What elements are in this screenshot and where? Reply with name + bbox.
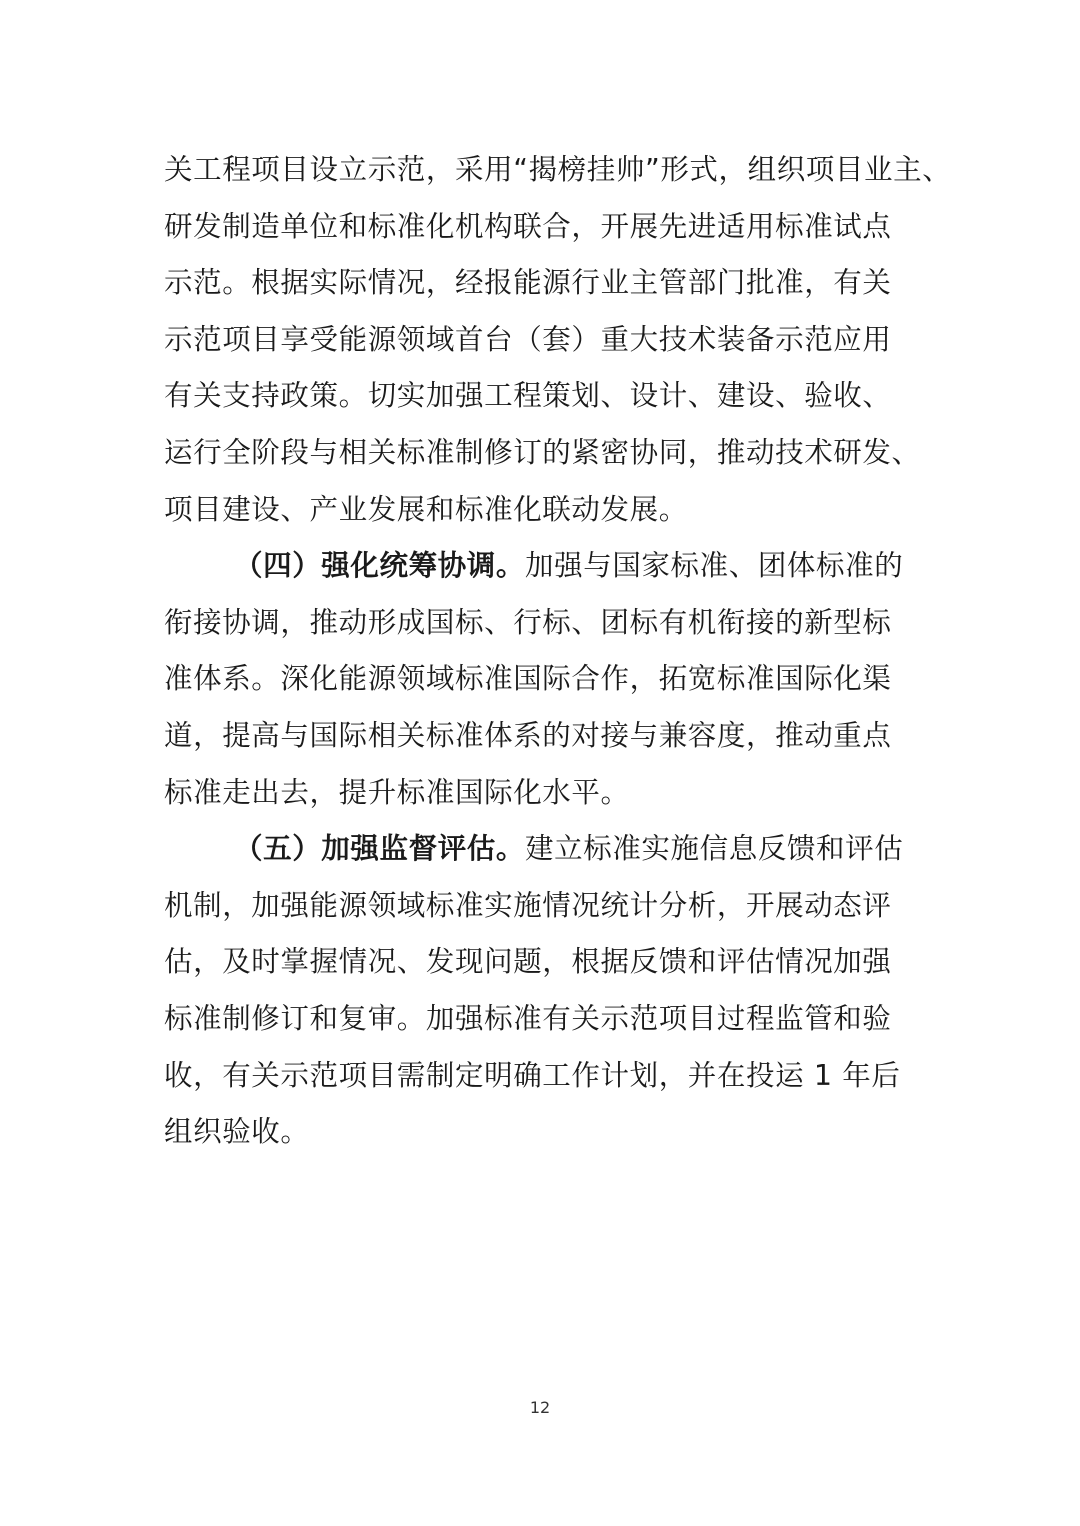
section-4-first-line-text: 加强与国家标准、团体标准的 xyxy=(525,549,903,582)
document-page: 关工程项目设立示范，采用“揭榜挂帅”形式，组织项目业主、 研发制造单位和标准化机… xyxy=(0,0,1080,1526)
text-line: 研发制造单位和标准化机构联合，开展先进适用标准试点 xyxy=(164,199,924,256)
text-line: 准体系。深化能源领域标准国际合作，拓宽标准国际化渠 xyxy=(164,651,924,708)
text-line: 项目建设、产业发展和标准化联动发展。 xyxy=(164,482,924,539)
page-number: 12 xyxy=(0,1398,1080,1417)
text-line: 机制，加强能源领域标准实施情况统计分析，开展动态评 xyxy=(164,878,924,935)
text-line: 组织验收。 xyxy=(164,1104,924,1161)
text-line: 收，有关示范项目需制定明确工作计划，并在投运 1 年后 xyxy=(164,1048,924,1105)
text-line: 标准走出去，提升标准国际化水平。 xyxy=(164,765,924,822)
text-line: 道，提高与国际相关标准体系的对接与兼容度，推动重点 xyxy=(164,708,924,765)
section-5-first-line-text: 建立标准实施信息反馈和评估 xyxy=(525,832,903,865)
text-line: 关工程项目设立示范，采用“揭榜挂帅”形式，组织项目业主、 xyxy=(164,142,924,199)
document-body: 关工程项目设立示范，采用“揭榜挂帅”形式，组织项目业主、 研发制造单位和标准化机… xyxy=(164,142,924,1161)
paragraph-continued: 关工程项目设立示范，采用“揭榜挂帅”形式，组织项目业主、 研发制造单位和标准化机… xyxy=(164,142,924,538)
text-line: 示范。根据实际情况，经报能源行业主管部门批准，有关 xyxy=(164,255,924,312)
section-4-paragraph: （四）强化统筹协调。加强与国家标准、团体标准的 衔接协调，推动形成国标、行标、团… xyxy=(164,538,924,821)
section-4-first-line: （四）强化统筹协调。加强与国家标准、团体标准的 xyxy=(164,538,924,595)
section-5-paragraph: （五）加强监督评估。建立标准实施信息反馈和评估 机制，加强能源领域标准实施情况统… xyxy=(164,821,924,1161)
text-line: 运行全阶段与相关标准制修订的紧密协同，推动技术研发、 xyxy=(164,425,924,482)
text-line: 估，及时掌握情况、发现问题，根据反馈和评估情况加强 xyxy=(164,934,924,991)
text-line: 示范项目享受能源领域首台（套）重大技术装备示范应用 xyxy=(164,312,924,369)
text-line: 标准制修订和复审。加强标准有关示范项目过程监管和验 xyxy=(164,991,924,1048)
text-line: 有关支持政策。切实加强工程策划、设计、建设、验收、 xyxy=(164,368,924,425)
section-5-first-line: （五）加强监督评估。建立标准实施信息反馈和评估 xyxy=(164,821,924,878)
section-4-heading: （四）强化统筹协调。 xyxy=(234,549,525,582)
text-line: 衔接协调，推动形成国标、行标、团标有机衔接的新型标 xyxy=(164,595,924,652)
section-5-heading: （五）加强监督评估。 xyxy=(234,832,525,865)
